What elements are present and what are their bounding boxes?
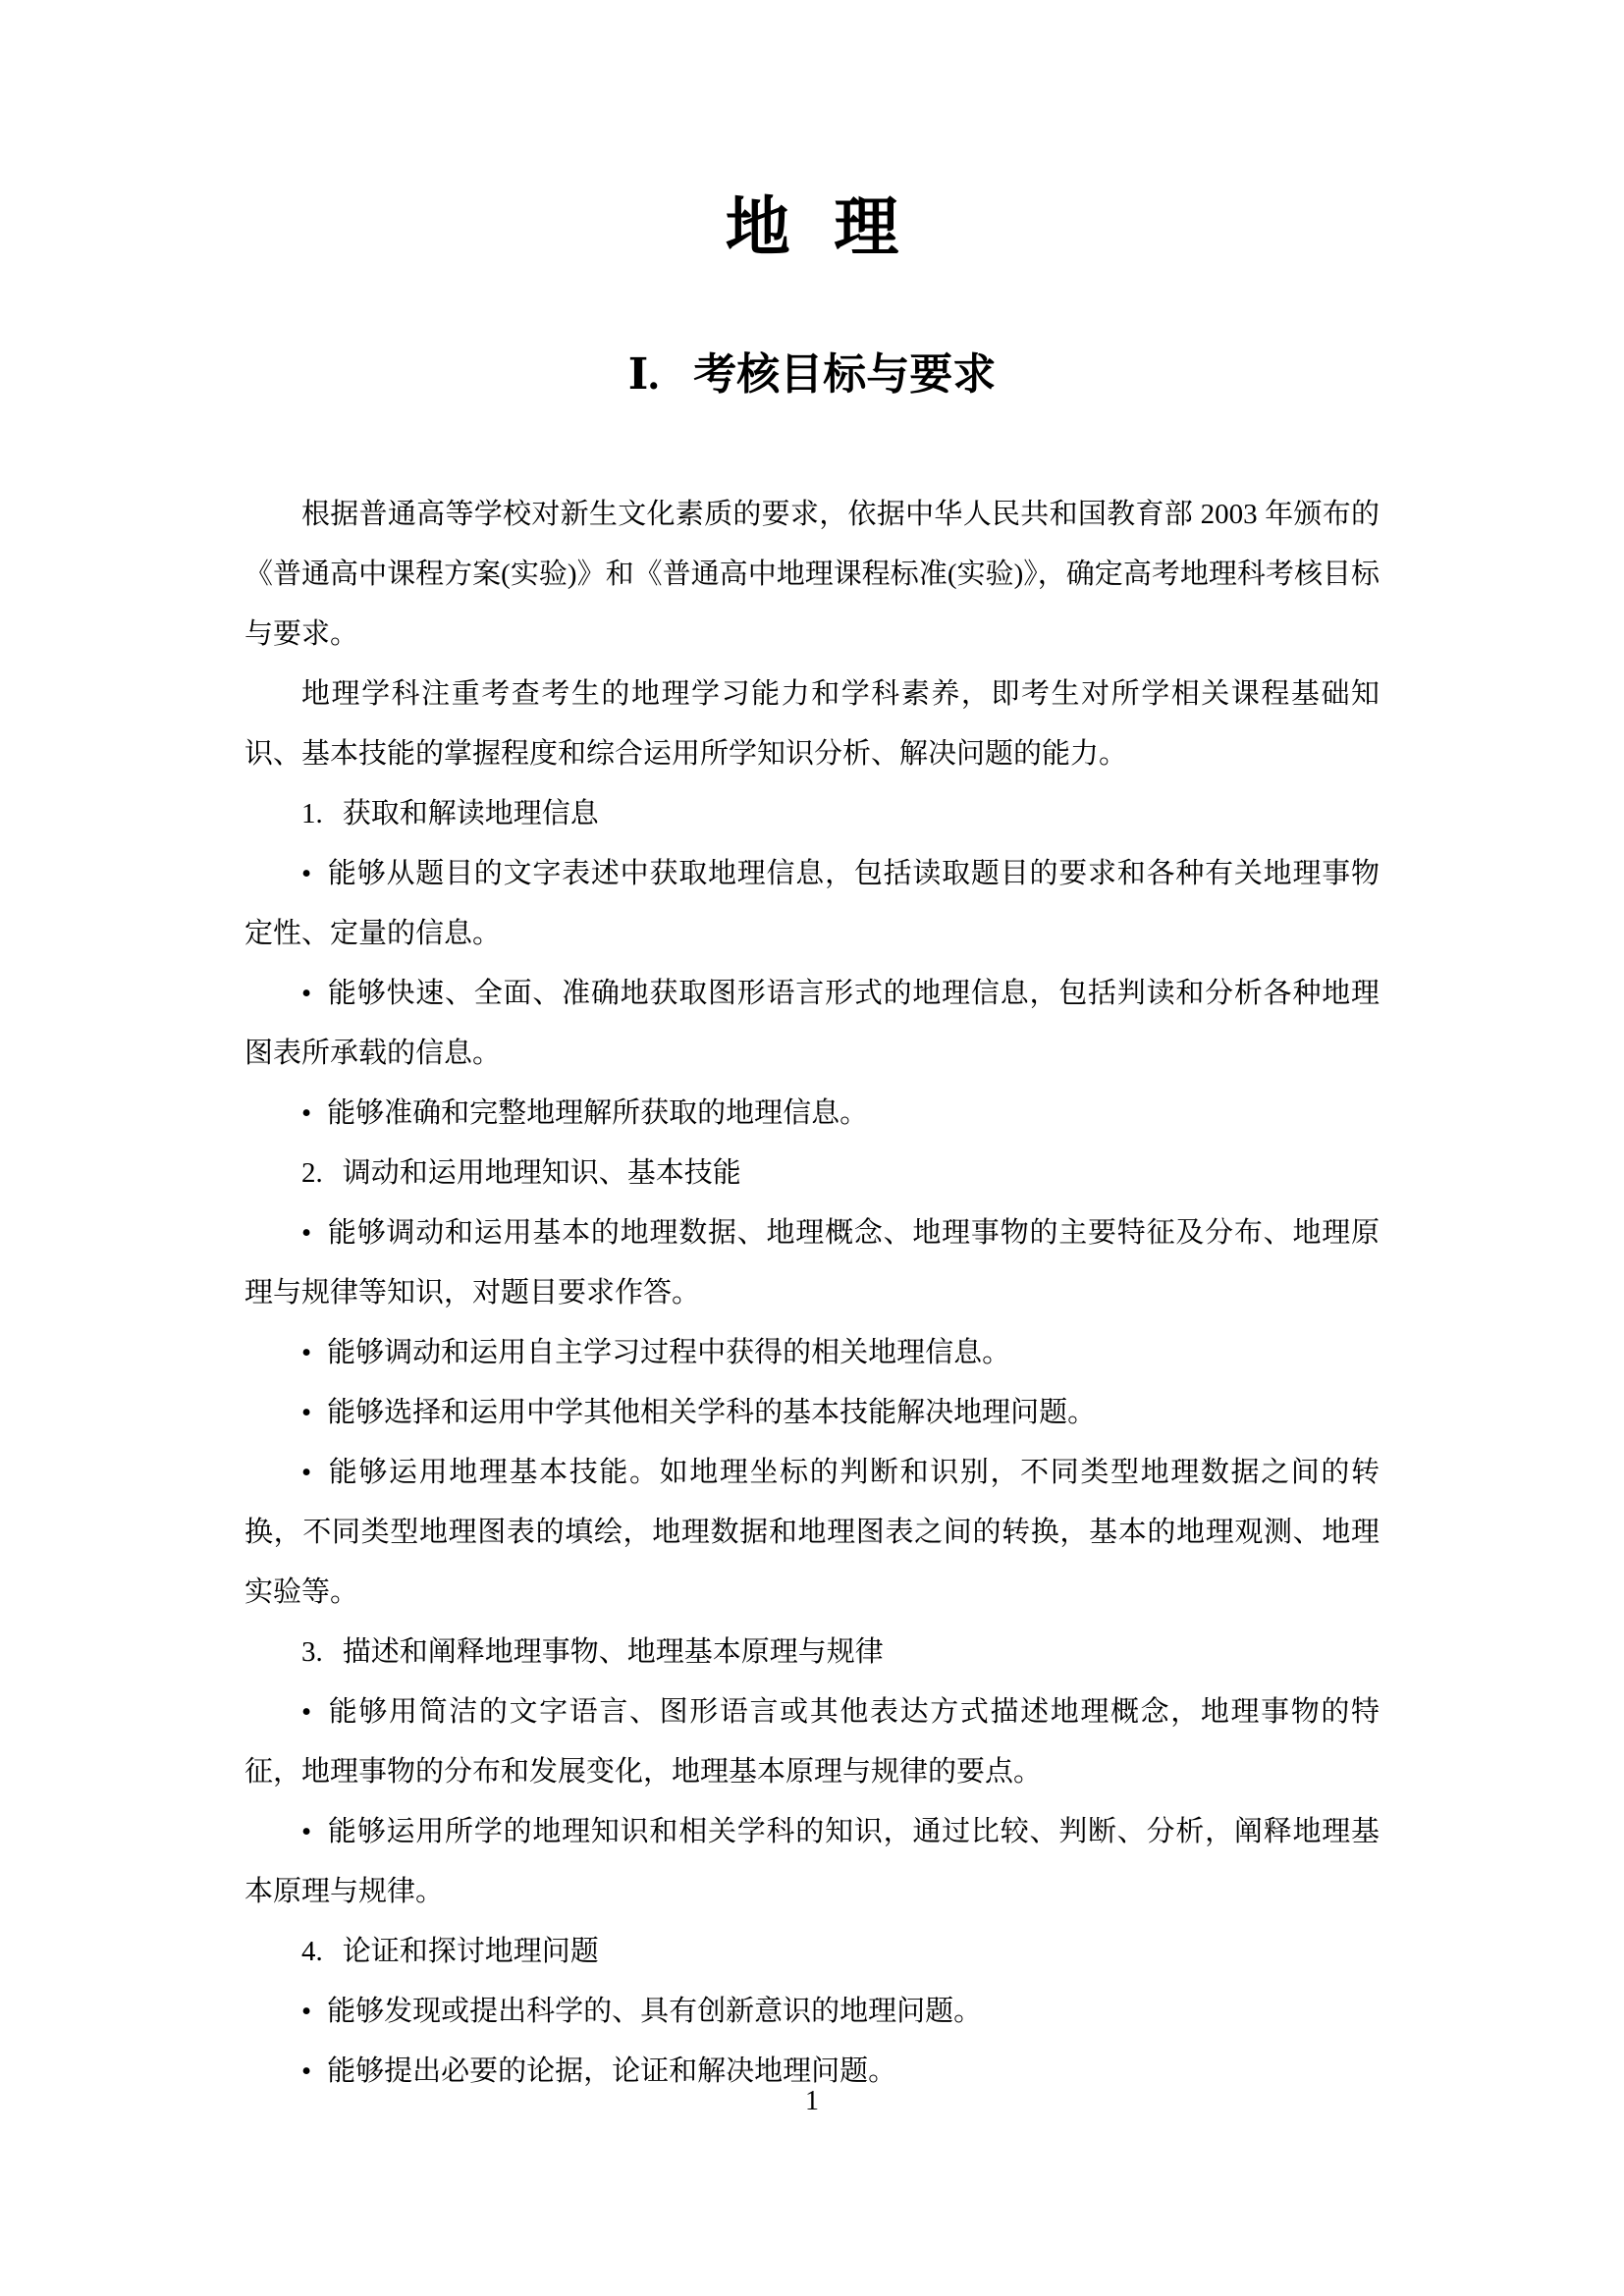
document-title: 地 理 [0,196,1624,261]
paragraph-text: 能够从题目的文字表述中获取地理信息，包括读取题目的要求和各种有关地理事物定性、定… [244,858,1380,949]
bullet-marker: • [301,2056,311,2087]
bullet-item: •能够从题目的文字表述中获取地理信息，包括读取题目的要求和各种有关地理事物定性、… [244,844,1380,964]
paragraph-text: 论证和探讨地理问题 [343,1936,599,1967]
paragraph-text: 能够调动和运用自主学习过程中获得的相关地理信息。 [327,1337,1010,1368]
bullet-item: •能够准确和完整地理解所获取的地理信息。 [244,1084,1380,1144]
body-paragraph: 地理学科注重考查考生的地理学习能力和学科素养，即考生对所学相关课程基础知识、基本… [244,665,1380,784]
paragraph-text: 根据普通高等学校对新生文化素质的要求，依据中华人民共和国教育部 2003 年颁布… [244,499,1380,650]
bullet-item: •能够选择和运用中学其他相关学科的基本技能解决地理问题。 [244,1383,1380,1443]
paragraph-text: 能够选择和运用中学其他相关学科的基本技能解决地理问题。 [327,1397,1096,1428]
list-number-marker: 4. [301,1936,323,1967]
paragraph-text: 调动和运用地理知识、基本技能 [343,1157,741,1189]
list-number-marker: 2. [301,1157,323,1189]
page-number: 1 [0,2086,1624,2117]
bullet-item: •能够运用所学的地理知识和相关学科的知识，通过比较、判断、分析，阐释地理基本原理… [244,1802,1380,1922]
bullet-marker: • [301,1337,311,1368]
paragraph-text: 描述和阐释地理事物、地理基本原理与规律 [343,1636,884,1668]
paragraph-text: 能够准确和完整地理解所获取的地理信息。 [327,1097,868,1129]
bullet-marker: • [301,1397,311,1428]
paragraph-text: 能够发现或提出科学的、具有创新意识的地理问题。 [327,1996,982,2027]
paragraph-text: 能够提出必要的论据，论证和解决地理问题。 [327,2056,896,2087]
bullet-item: •能够快速、全面、准确地获取图形语言形式的地理信息，包括判读和分析各种地理图表所… [244,964,1380,1084]
bullet-item: •能够用简洁的文字语言、图形语言或其他表达方式描述地理概念，地理事物的特征，地理… [244,1682,1380,1802]
paragraph-text: 能够快速、全面、准确地获取图形语言形式的地理信息，包括判读和分析各种地理图表所承… [244,978,1380,1069]
paragraph-text: 获取和解读地理信息 [343,798,599,829]
document-body: 根据普通高等学校对新生文化素质的要求，依据中华人民共和国教育部 2003 年颁布… [244,485,1380,2102]
numbered-item: 2.调动和运用地理知识、基本技能 [244,1144,1380,1203]
bullet-marker: • [301,978,311,1009]
bullet-item: •能够调动和运用自主学习过程中获得的相关地理信息。 [244,1323,1380,1383]
bullet-marker: • [301,1457,311,1488]
paragraph-text: 能够用简洁的文字语言、图形语言或其他表达方式描述地理概念，地理事物的特征，地理事… [244,1696,1380,1788]
document-page: { "page": { "title": "地 理", "section_hea… [0,0,1624,2296]
bullet-marker: • [301,858,311,889]
paragraph-text: 地理学科注重考查考生的地理学习能力和学科素养，即考生对所学相关课程基础知识、基本… [244,678,1380,770]
paragraph-text: 能够调动和运用基本的地理数据、地理概念、地理事物的主要特征及分布、地理原理与规律… [244,1217,1380,1308]
numbered-item: 3.描述和阐释地理事物、地理基本原理与规律 [244,1623,1380,1682]
bullet-item: •能够调动和运用基本的地理数据、地理概念、地理事物的主要特征及分布、地理原理与规… [244,1203,1380,1323]
list-number-marker: 3. [301,1636,323,1668]
numbered-item: 1.获取和解读地理信息 [244,784,1380,844]
bullet-marker: • [301,1816,311,1847]
paragraph-text: 能够运用所学的地理知识和相关学科的知识，通过比较、判断、分析，阐释地理基本原理与… [244,1816,1380,1907]
section-heading: Ⅰ. 考核目标与要求 [0,349,1624,401]
list-number-marker: 1. [301,798,323,829]
numbered-item: 4.论证和探讨地理问题 [244,1922,1380,1982]
body-paragraph: 根据普通高等学校对新生文化素质的要求，依据中华人民共和国教育部 2003 年颁布… [244,485,1380,665]
bullet-marker: • [301,1217,311,1249]
bullet-item: •能够发现或提出科学的、具有创新意识的地理问题。 [244,1982,1380,2042]
bullet-marker: • [301,1097,311,1129]
bullet-marker: • [301,1696,311,1728]
paragraph-text: 能够运用地理基本技能。如地理坐标的判断和识别，不同类型地理数据之间的转换，不同类… [244,1457,1380,1608]
bullet-item: •能够运用地理基本技能。如地理坐标的判断和识别，不同类型地理数据之间的转换，不同… [244,1443,1380,1623]
bullet-marker: • [301,1996,311,2027]
